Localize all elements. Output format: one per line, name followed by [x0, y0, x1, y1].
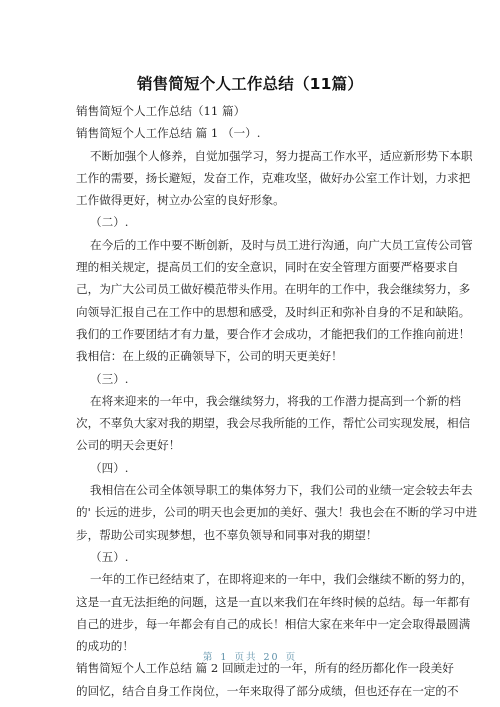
text-line: （五）.	[76, 546, 426, 568]
text-line: 的' 长远的进步，公司的明天也会更加的美好、强大！我也会在不断的学习中进	[76, 501, 426, 523]
document-title: 销售简短个人工作总结（11篇）	[0, 72, 500, 94]
text-line: 销售简短个人工作总结（11 篇）	[76, 100, 426, 122]
text-line: 在将来迎来的一年中，我会继续努力，将我的工作潜力提高到一个新的档	[76, 390, 426, 412]
text-line: 我们的工作要团结才有力量，要合作才会成功，才能把我们的工作推向前进！	[76, 323, 426, 345]
text-line: 我相信：在上级的正确领导下，公司的明天更美好！	[76, 345, 426, 367]
text-line: 工作做得更好，树立办公室的良好形象。	[76, 189, 426, 211]
document-body: 销售简短个人工作总结（11 篇）销售简短个人工作总结 篇 1 （一）.不断加强个…	[76, 100, 426, 702]
footer-prefix: 第	[203, 652, 215, 663]
text-line: 一年的工作已经结束了，在即将迎来的一年中，我们会继续不断的努力的，	[76, 568, 426, 590]
text-line: （四）.	[76, 457, 426, 479]
footer-suffix: 页	[286, 652, 298, 663]
page-footer: 第1页共20页	[0, 649, 500, 663]
text-line: （二）.	[76, 211, 426, 233]
footer-middle: 页共	[234, 652, 257, 663]
text-line: 己，为广大公司员工做好模范带头作用。在明年的工作中，我会继续努力，多	[76, 278, 426, 300]
text-line: 次，不辜负大家对我的期望，我会尽我所能的工作，帮忙公司实现发展，相信	[76, 412, 426, 434]
text-line: 我相信在公司全体领导职工的集体努力下，我们公司的业绩一定会较去年去	[76, 479, 426, 501]
footer-total-pages: 20	[263, 652, 279, 663]
text-line: 向领导汇报自己在工作中的思想和感受，及时纠正和弥补自身的不足和缺陷。	[76, 301, 426, 323]
text-line: 工作的需要，扬长避短，发奋工作，克难攻坚，做好办公室工作计划，力求把	[76, 167, 426, 189]
document-page: 销售简短个人工作总结（11篇） 销售简短个人工作总结（11 篇）销售简短个人工作…	[0, 0, 500, 707]
text-line: 自己的进步，每一年都会有自己的成长！相信大家在来年中一定会取得最圆满	[76, 613, 426, 635]
text-line: 销售简短个人工作总结 篇 1 （一）.	[76, 122, 426, 144]
footer-current-page: 1	[220, 652, 228, 663]
text-line: 这是一直无法拒绝的问题，这是一直以来我们在年终时候的总结。每一年都有	[76, 591, 426, 613]
text-line: 的回忆，结合自身工作岗位，一年来取得了部分成绩，但也还存在一定的不	[76, 680, 426, 702]
text-line: 步，帮助公司实现梦想，也不辜负领导和同事对我的期望！	[76, 524, 426, 546]
text-line: 不断加强个人修养，自觉加强学习，努力提高工作水平，适应新形势下本职	[76, 145, 426, 167]
text-line: （三）.	[76, 368, 426, 390]
text-line: 在今后的工作中要不断创新，及时与员工进行沟通，向广大员工宣传公司管	[76, 234, 426, 256]
text-line: 理的相关规定，提高员工们的安全意识，同时在安全管理方面要严格要求自	[76, 256, 426, 278]
text-line: 公司的明天会更好！	[76, 434, 426, 456]
